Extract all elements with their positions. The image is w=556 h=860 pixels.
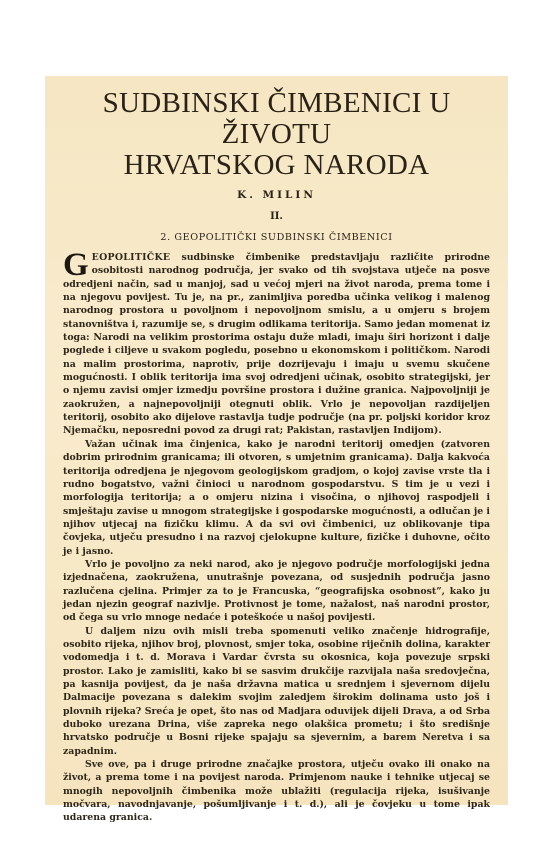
paragraph-4: U daljem nizu ovih misli treba spomenuti… — [63, 625, 490, 758]
section-heading: 2. GEOPOLITIČKI SUDBINSKI ČIMBENICI — [63, 232, 490, 243]
drop-cap: G — [63, 253, 89, 277]
scanned-page: SUDBINSKI ČIMBENICI U ŽIVOTU HRVATSKOG N… — [45, 76, 508, 805]
author: K. MILIN — [63, 189, 490, 201]
title-line-1: SUDBINSKI ČIMBENICI U ŽIVOTU — [103, 87, 451, 150]
part-number: II. — [63, 211, 490, 222]
paragraph-3: Vrlo je povoljno za neki narod, ako je n… — [63, 558, 490, 625]
paragraph-2: Važan učinak ima činjenica, kako je naro… — [63, 438, 490, 558]
paragraph-1: GEOPOLITIČKE sudbinske čimbenike predsta… — [63, 251, 490, 438]
article-title: SUDBINSKI ČIMBENICI U ŽIVOTU HRVATSKOG N… — [63, 76, 490, 181]
article-body: GEOPOLITIČKE sudbinske čimbenike predsta… — [63, 251, 490, 825]
paragraph-5: Sve ove, pa i druge prirodne značajke pr… — [63, 758, 490, 825]
lead-word: EOPOLITIČKE — [92, 252, 171, 263]
paragraph-text: sudbinske čimbenike predstavljaju različ… — [63, 252, 490, 436]
title-line-2: HRVATSKOG NARODA — [124, 149, 430, 181]
